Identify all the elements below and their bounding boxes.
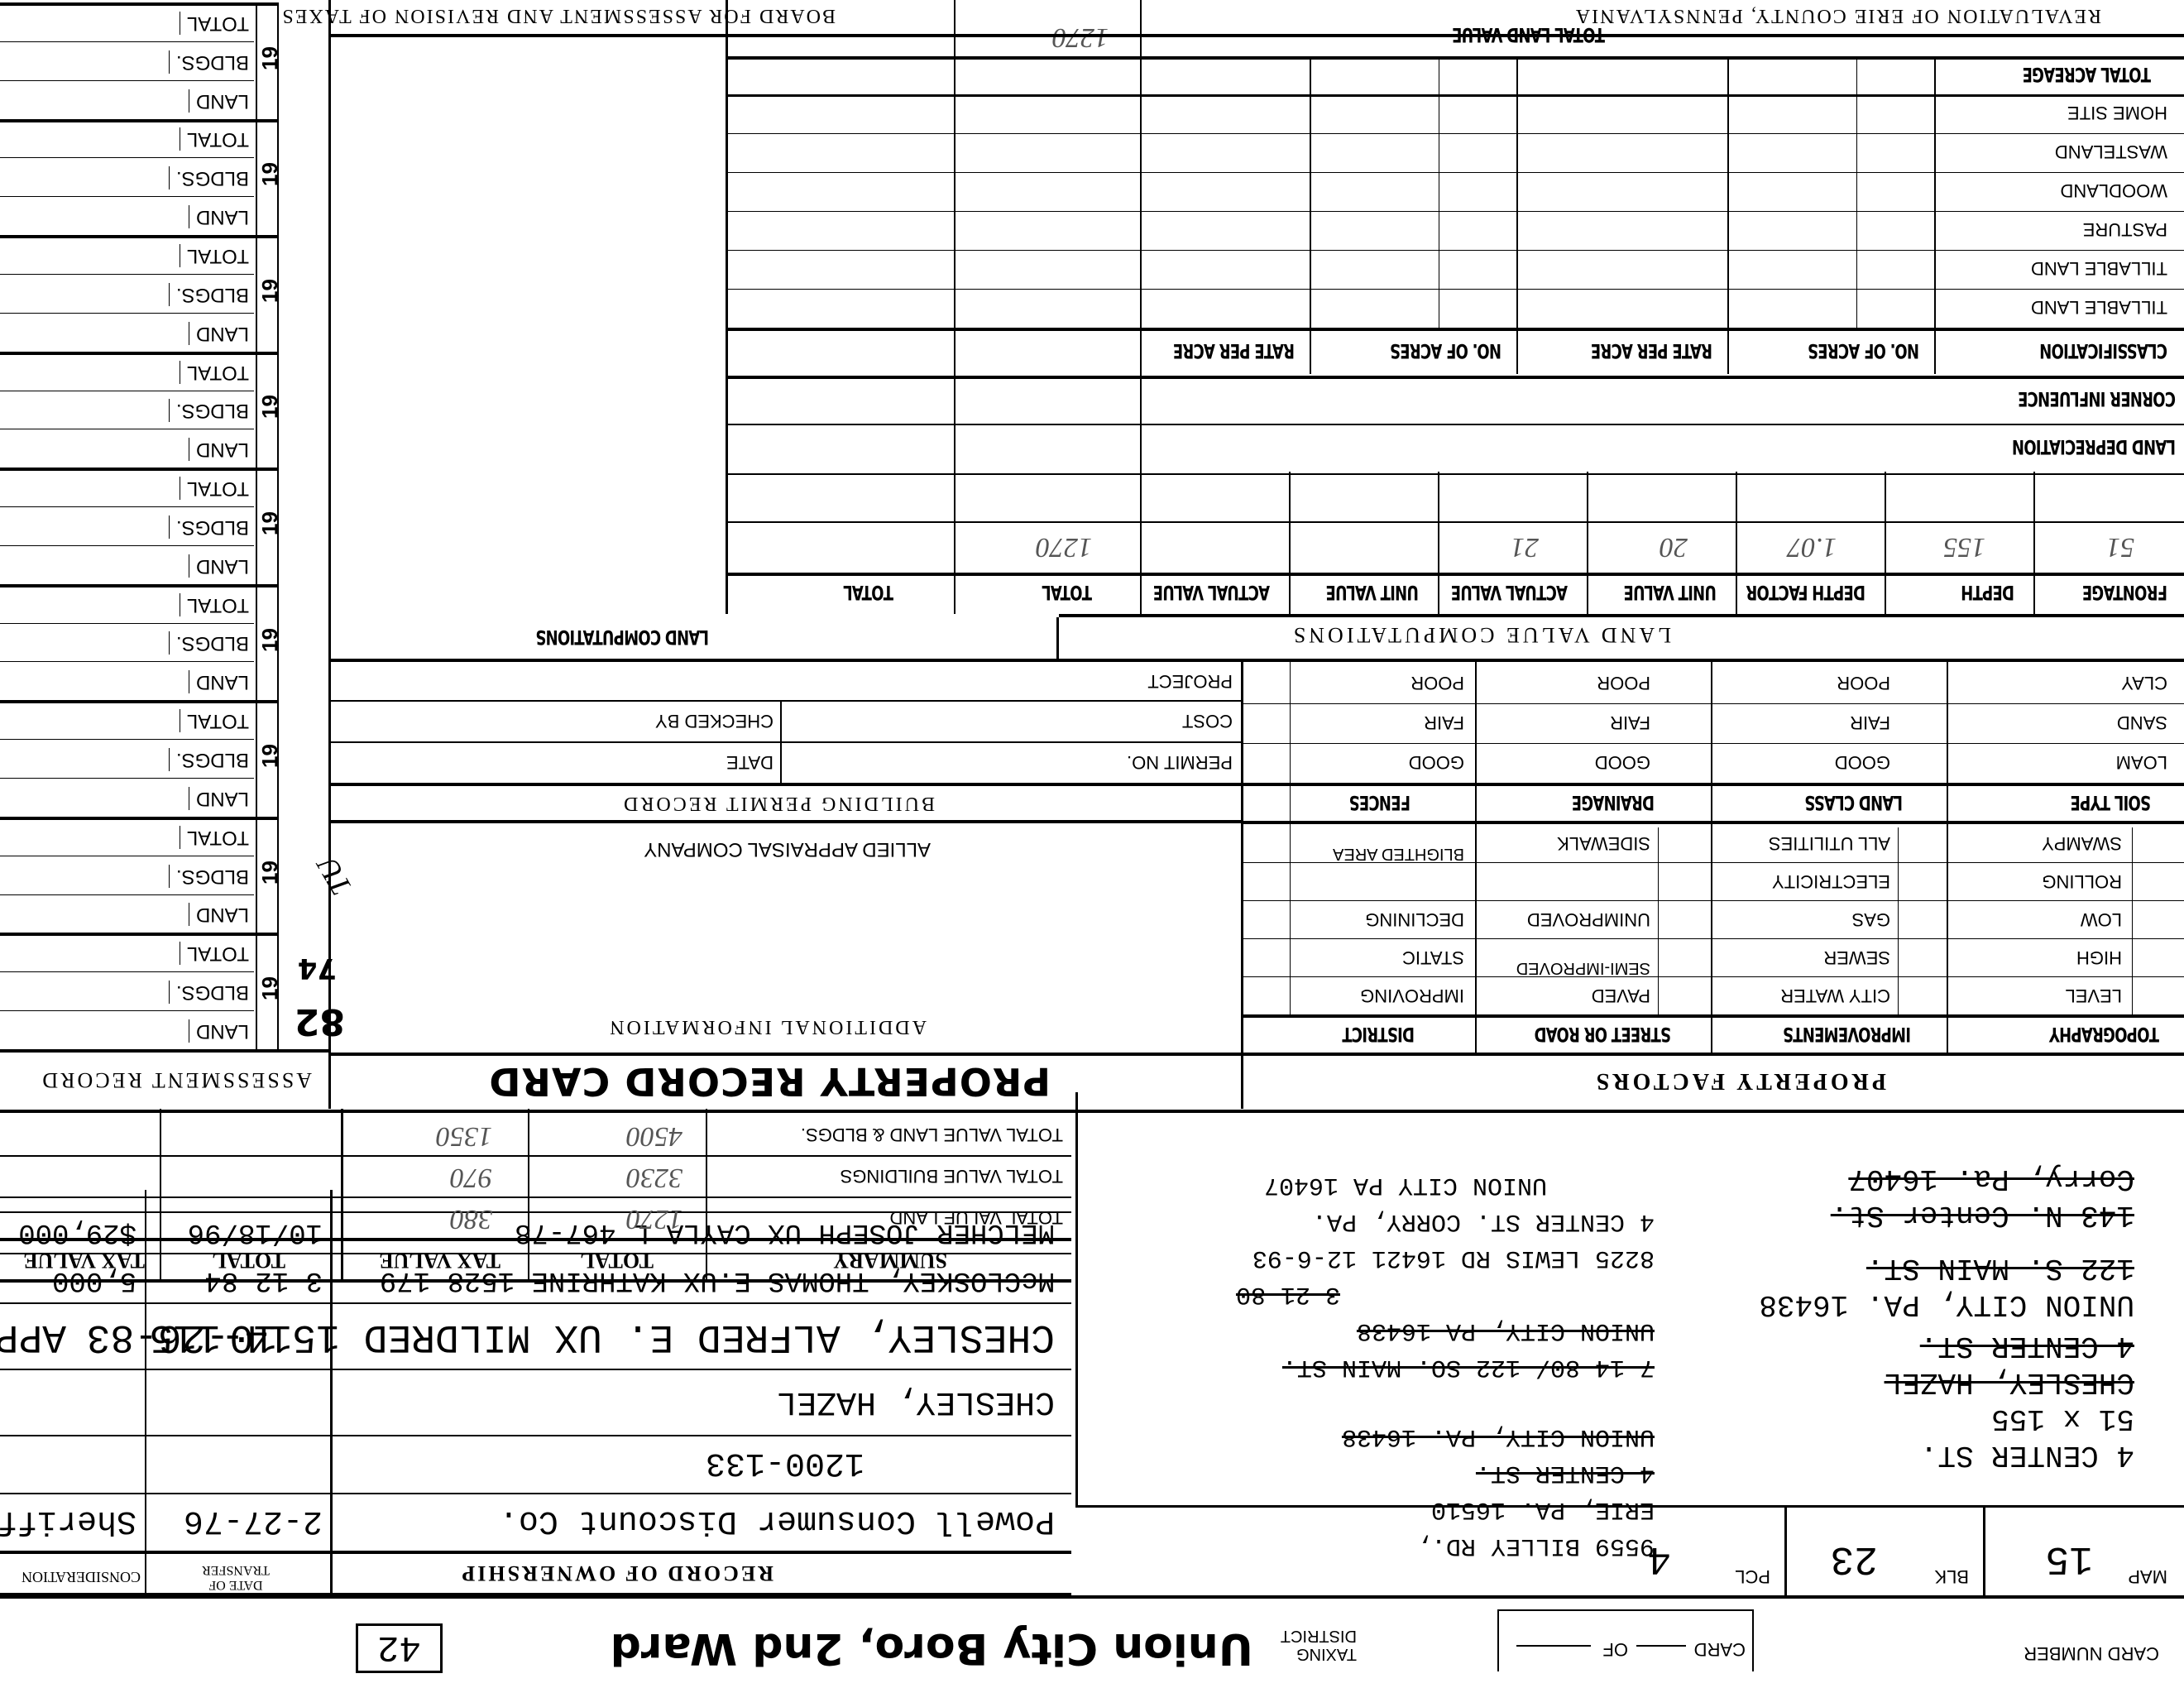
land-value-header-row: FRONTAGE DEPTH DEPTH FACTOR UNIT VALUE A… bbox=[728, 573, 2184, 614]
address-column-right: 9559 BILLEY RD., ERIE, PA. 16510 4 CENTE… bbox=[1236, 1167, 1655, 1564]
col-no-of-acres: NO. OF ACRES bbox=[1808, 339, 1919, 362]
assessment-row-label: TOTAL bbox=[180, 244, 249, 267]
assessment-row[interactable]: LAND bbox=[0, 545, 254, 584]
corner-influence-label: CORNER INFLUENCE bbox=[2019, 387, 2176, 410]
assessment-row-label: LAND bbox=[189, 1019, 249, 1043]
corner-influence-row: CORNER INFLUENCE bbox=[728, 376, 2184, 424]
date-of-transfer-header: DATE OF TRANSFER bbox=[145, 1562, 327, 1592]
district-header: DISTRICT bbox=[1343, 1023, 1415, 1046]
col-actual-value: ACTUAL VALUE bbox=[1451, 581, 1568, 604]
depth-value[interactable]: 155 bbox=[1943, 531, 1985, 563]
drainage-poor[interactable]: POOR bbox=[1597, 672, 1650, 693]
classification-row: HOME SITE bbox=[728, 94, 2184, 133]
consideration: Sheriff bbox=[0, 1502, 136, 1539]
address-line: UNION CITY, PA 16438 bbox=[1236, 1312, 1655, 1349]
frontage-value[interactable]: 51 bbox=[2106, 531, 2134, 563]
ownership-title: RECORD OF OWNERSHIP bbox=[459, 1561, 773, 1585]
assessment-year-block: 19LANDBLDGS.TOTAL bbox=[0, 2, 279, 119]
assessment-row-label: LAND bbox=[189, 438, 249, 461]
footer-board: BOARD FOR ASSESSMENT AND REVISION OF TAX… bbox=[280, 4, 836, 26]
soil-row: LOAM GOOD GOOD GOOD bbox=[1241, 743, 2184, 783]
year-prefix: 19 bbox=[256, 817, 279, 933]
assessment-row[interactable]: LAND bbox=[0, 313, 254, 352]
fences-header: FENCES bbox=[1349, 791, 1410, 814]
assessment-row[interactable]: LAND bbox=[0, 429, 254, 468]
assessment-row[interactable]: BLDGS. bbox=[0, 274, 254, 313]
transfer-label: TRANSFER bbox=[145, 1562, 327, 1577]
summary-total-header: TOTAL bbox=[580, 1248, 654, 1273]
summary-row-label: TOTAL VALUE LAND bbox=[890, 1206, 1063, 1228]
assessment-row[interactable]: TOTAL bbox=[0, 119, 254, 158]
district-label: DISTRICT bbox=[1281, 1627, 1357, 1645]
summary-row: TOTAL VALUE LAND 1270 380 bbox=[0, 1196, 1071, 1238]
assessment-record: ASSESSMENT RECORD 82 74 TU 19LANDBLDGS.T… bbox=[0, 0, 331, 1109]
summary-row: TOTAL VALUE BUILDINGS 3230 970 bbox=[0, 1155, 1071, 1196]
card-number-field[interactable] bbox=[1636, 1645, 1686, 1647]
classification-label: CLASSIFICATION bbox=[2040, 339, 2167, 362]
ownership-row: 1200-133 bbox=[0, 1435, 1071, 1493]
property-factors: PROPERTY FACTORS TOPOGRAPHY IMPROVEMENTS… bbox=[1241, 662, 2184, 1109]
topography-header: TOPOGRAPHY bbox=[2050, 1023, 2159, 1046]
improvements-header: IMPROVEMENTS bbox=[1784, 1023, 1911, 1046]
address-line: ERIE, PA. 16510 bbox=[1236, 1491, 1655, 1527]
land-value-computations-title: LAND VALUE COMPUTATIONS bbox=[1291, 622, 1671, 647]
assessment-record-title: ASSESSMENT RECORD bbox=[40, 1067, 312, 1092]
map-value: 15 bbox=[2045, 1536, 2093, 1580]
owner-name: Powell Consumer Discount Co. bbox=[499, 1502, 1055, 1539]
assessment-row[interactable]: TOTAL bbox=[0, 352, 254, 391]
assessment-row[interactable]: LAND bbox=[0, 196, 254, 235]
col-actual-value-2: ACTUAL VALUE bbox=[1153, 581, 1270, 604]
soil-clay[interactable]: CLAY bbox=[2121, 672, 2167, 693]
summary-tax-value: 380 bbox=[450, 1203, 492, 1235]
factor-gas[interactable]: GAS bbox=[1852, 909, 1890, 930]
year-prefix: 19 bbox=[256, 584, 279, 701]
summary-tax-value-header-2: TAX VALUE bbox=[23, 1248, 145, 1273]
address-line: 3-21-80 bbox=[1236, 1276, 1340, 1312]
classification-row: WASTELAND bbox=[728, 133, 2184, 172]
factor-sidewalk[interactable]: SIDEWALK bbox=[1557, 832, 1650, 854]
ownership-row: CHESLEY, ALFRED E. UX MILDRED 1514-115 1… bbox=[0, 1302, 1071, 1369]
factor-row: SWAMPY ALL UTILITIES SIDEWALK BLIGHTED A… bbox=[1241, 824, 2184, 862]
assessment-year-block: 19LANDBLDGS.TOTAL bbox=[0, 119, 279, 236]
drainage-header: DRAINAGE bbox=[1572, 791, 1655, 814]
assessment-row-label: BLDGS. bbox=[169, 516, 249, 539]
assessment-row[interactable]: LAND bbox=[0, 778, 254, 817]
assessment-row-label: BLDGS. bbox=[169, 399, 249, 422]
classification-row: PASTURE bbox=[728, 211, 2184, 250]
actual-value[interactable]: 21 bbox=[1511, 531, 1539, 563]
land-value-section: LAND VALUE COMPUTATIONS LAND COMPUTATION… bbox=[331, 0, 2184, 659]
building-permit-title: BUILDING PERMIT RECORD bbox=[621, 792, 935, 814]
card-of-box: CARD OF bbox=[1497, 1609, 1754, 1671]
assessment-year-block: 19LANDBLDGS.TOTAL bbox=[0, 352, 279, 468]
land-depreciation-label: LAND DEPRECIATION bbox=[2013, 435, 2176, 458]
address-line: 9559 BILLEY RD., bbox=[1236, 1527, 1655, 1564]
col-depth-factor: DEPTH FACTOR bbox=[1746, 581, 1865, 604]
land-depreciation-row: LAND DEPRECIATION bbox=[728, 424, 2184, 472]
address-line: 4 CENTER ST. bbox=[1759, 1327, 2134, 1364]
factor-sewer[interactable]: SEWER bbox=[1823, 947, 1890, 968]
col-total-2: TOTAL bbox=[844, 581, 893, 604]
year-prefix: 19 bbox=[256, 235, 279, 352]
col-unit-value-2: UNIT VALUE bbox=[1326, 581, 1419, 604]
address-line: 143 N. Center St. bbox=[1759, 1196, 2134, 1233]
permit-date-label: DATE bbox=[726, 751, 773, 773]
address-line: 4 CENTER ST. CORRY, PA. bbox=[1236, 1203, 1655, 1240]
handwritten-note-74: 74 bbox=[298, 952, 337, 985]
address-line: Corry, Pa. 16407 bbox=[1759, 1160, 2134, 1196]
year-prefix: 19 bbox=[256, 119, 279, 236]
assessment-row-label: BLDGS. bbox=[169, 283, 249, 306]
total-land-value-amount[interactable]: 1270 bbox=[1052, 22, 1109, 53]
summary-tax-value-header: TAX VALUE bbox=[379, 1248, 500, 1273]
assessment-year-block: 19LANDBLDGS.TOTAL bbox=[0, 235, 279, 352]
assessment-row[interactable]: TOTAL bbox=[0, 468, 254, 506]
additional-info-title: ADDITIONAL INFORMATION bbox=[607, 1015, 927, 1038]
factor-electricity[interactable]: ELECTRICITY bbox=[1772, 870, 1890, 892]
assessment-row[interactable]: LAND bbox=[0, 662, 254, 701]
factor-city-water[interactable]: CITY WATER bbox=[1780, 985, 1890, 1006]
summary-tax-value: 970 bbox=[450, 1162, 492, 1193]
summary-row-label: TOTAL VALUE LAND & BLDGS. bbox=[801, 1124, 1063, 1145]
assessment-year-block: 19LANDBLDGS.TOTAL bbox=[0, 817, 279, 933]
assessment-row-label: LAND bbox=[189, 322, 249, 345]
summary-total: 1270 bbox=[626, 1203, 682, 1235]
assessment-row[interactable]: TOTAL bbox=[0, 2, 254, 41]
allied-appraisal-company: ALLIED APPRAISAL COMPANY bbox=[644, 837, 931, 861]
factor-row: LEVEL CITY WATER PAVED IMPROVING bbox=[1241, 976, 2184, 1014]
class-home-site: HOME SITE bbox=[2067, 102, 2167, 123]
assessment-row[interactable]: BLDGS. bbox=[0, 391, 254, 429]
assessment-row[interactable]: TOTAL bbox=[0, 235, 254, 274]
assessment-row[interactable]: TOTAL bbox=[0, 933, 254, 971]
land-class-fair[interactable]: FAIR bbox=[1850, 712, 1890, 733]
taxing-district-label: TAXING DISTRICT bbox=[1281, 1627, 1357, 1663]
class-pasture: PASTURE bbox=[2083, 218, 2167, 240]
classification-header-row: CLASSIFICATION NO. OF ACRES RATE PER ACR… bbox=[728, 328, 2184, 374]
assessment-row-label: TOTAL bbox=[180, 477, 249, 500]
depth-factor-value[interactable]: 1.07 bbox=[1788, 531, 1837, 563]
assessment-row-label: TOTAL bbox=[180, 593, 249, 616]
assessment-year-block: 19LANDBLDGS.TOTAL bbox=[0, 468, 279, 584]
year-prefix: 19 bbox=[256, 700, 279, 817]
permit-project-label: PROJECT bbox=[1147, 670, 1233, 692]
soil-type-header: SOIL TYPE bbox=[2071, 791, 2151, 814]
address-column-left: 4 CENTER ST. 51 x 155 CHESLEY, HAZEL 4 C… bbox=[1759, 1160, 2134, 1473]
land-computations-header: LAND COMPUTATIONS bbox=[331, 617, 1059, 659]
factor-static[interactable]: STATIC bbox=[1402, 947, 1464, 968]
col-unit-value: UNIT VALUE bbox=[1624, 581, 1717, 604]
address-line: 4 CENTER ST. bbox=[1759, 1436, 2134, 1473]
land-class-header: LAND CLASS bbox=[1805, 791, 1903, 814]
drainage-fair[interactable]: FAIR bbox=[1610, 712, 1650, 733]
factor-semi-improved[interactable]: SEMI-IMPROVED bbox=[1501, 960, 1650, 976]
unit-value[interactable]: 20 bbox=[1660, 531, 1688, 563]
permit-row: COST CHECKED BY bbox=[331, 700, 1241, 741]
factor-paved[interactable]: PAVED bbox=[1592, 985, 1650, 1006]
permit-checked-by-label: CHECKED BY bbox=[655, 710, 773, 731]
address-area: 4 CENTER ST. 51 x 155 CHESLEY, HAZEL 4 C… bbox=[1075, 1092, 2184, 1506]
assessment-row[interactable]: BLDGS. bbox=[0, 506, 254, 545]
total-value[interactable]: 1270 bbox=[1036, 531, 1092, 563]
land-value-row bbox=[728, 473, 2184, 521]
assessment-row-label: BLDGS. bbox=[169, 166, 249, 189]
footer-revaluation: REVALUATION OF ERIE COUNTY, PENNSYLVANIA bbox=[1574, 4, 2101, 26]
card-label: CARD bbox=[1694, 1638, 1746, 1660]
assessment-year-block: 19LANDBLDGS.TOTAL bbox=[0, 584, 279, 701]
soil-row: CLAY POOR POOR POOR bbox=[1241, 664, 2184, 703]
factor-row: LOW GAS UNIMPROVED DECLINING bbox=[1241, 900, 2184, 938]
assessment-year-blocks: 19LANDBLDGS.TOTAL19LANDBLDGS.TOTAL19LAND… bbox=[0, 2, 279, 1049]
assessment-row-label: BLDGS. bbox=[169, 748, 249, 771]
class-tillable-land: TILLABLE LAND bbox=[2031, 296, 2167, 318]
ownership-row: CHESLEY, HAZEL bbox=[0, 1369, 1071, 1435]
summary-total: 4500 bbox=[626, 1120, 682, 1152]
address-line: UNION CITY, PA. 16438 bbox=[1236, 1418, 1655, 1455]
card-total-field[interactable] bbox=[1516, 1645, 1591, 1647]
land-value-row: 51 155 1.07 20 21 1270 bbox=[728, 521, 2184, 569]
permit-row: PERMIT NO. DATE bbox=[331, 741, 1241, 783]
assessment-row-label: BLDGS. bbox=[169, 981, 249, 1004]
soil-sand[interactable]: SAND bbox=[2117, 712, 2167, 733]
address-line: 122 S. MAIN ST. bbox=[1759, 1249, 2134, 1286]
assessment-row-label: LAND bbox=[189, 554, 249, 578]
assessment-row-label: LAND bbox=[189, 89, 249, 113]
blk-value: 23 bbox=[1830, 1536, 1878, 1580]
assessment-row[interactable]: LAND bbox=[0, 894, 254, 933]
assessment-year-block: 19LANDBLDGS.TOTAL bbox=[0, 933, 279, 1049]
assessment-row[interactable]: BLDGS. bbox=[0, 971, 254, 1010]
summary-table: SUMMARY TOTAL TAX VALUE TOTAL TAX VALUE … bbox=[0, 1109, 1071, 1283]
property-record-card: CARD NUMBER CARD OF TAXING DISTRICT Unio… bbox=[0, 0, 2184, 1688]
year-prefix: 19 bbox=[256, 2, 279, 119]
assessment-row-label: LAND bbox=[189, 787, 249, 810]
total-acreage-label: TOTAL ACREAGE bbox=[2023, 63, 2151, 86]
assessment-row[interactable]: BLDGS. bbox=[0, 41, 254, 80]
total-acreage-row: TOTAL ACREAGE bbox=[728, 56, 2184, 94]
permit-no-label: PERMIT NO. bbox=[1127, 751, 1233, 773]
col-total: TOTAL bbox=[1042, 581, 1092, 604]
fences-good[interactable]: GOOD bbox=[1409, 751, 1464, 773]
permit-cost-label: COST bbox=[1182, 710, 1233, 731]
col-frontage: FRONTAGE bbox=[2083, 581, 2167, 604]
of-label: OF bbox=[1602, 1638, 1628, 1660]
col-rate-per-acre: RATE PER ACRE bbox=[1592, 339, 1712, 362]
consideration: APP. bbox=[0, 1314, 66, 1359]
taxing-district-value: Union City Boro, 2nd Ward bbox=[611, 1623, 1253, 1673]
assessment-row-label: BLDGS. bbox=[169, 865, 249, 888]
soil-row: SAND FAIR FAIR FAIR bbox=[1241, 703, 2184, 743]
transfer-date: 2-27-76 bbox=[184, 1502, 323, 1539]
assessment-row-label: BLDGS. bbox=[169, 632, 249, 655]
classification-row: TILLABLE LAND bbox=[728, 250, 2184, 289]
assessment-row-label: LAND bbox=[189, 670, 249, 693]
year-prefix: 19 bbox=[256, 933, 279, 1049]
class-woodland: WOODLAND bbox=[2060, 180, 2167, 201]
property-record-card-title: PROPERTY RECORD CARD bbox=[488, 1059, 1051, 1104]
summary-tax-value: 1350 bbox=[436, 1120, 492, 1152]
assessment-row[interactable]: BLDGS. bbox=[0, 739, 254, 778]
class-wasteland: WASTELAND bbox=[2055, 141, 2167, 162]
summary-total: 3230 bbox=[626, 1162, 682, 1193]
classification-row: WOODLAND bbox=[728, 172, 2184, 211]
assessment-year-block: 19LANDBLDGS.TOTAL bbox=[0, 700, 279, 817]
handwritten-year: 82 bbox=[295, 1000, 345, 1043]
assessment-row-label: TOTAL bbox=[180, 127, 249, 151]
assessment-row-label: TOTAL bbox=[180, 709, 249, 732]
ownership-row: Powell Consumer Discount Co. 2-27-76 She… bbox=[0, 1493, 1071, 1551]
col-no-of-acres-2: NO. OF ACRES bbox=[1391, 339, 1501, 362]
factor-improving[interactable]: IMPROVING bbox=[1360, 985, 1464, 1006]
land-computations-label: LAND COMPUTATIONS bbox=[536, 626, 709, 649]
box-number: 42 bbox=[356, 1623, 443, 1673]
factor-blighted-area[interactable]: BLIGHTED AREA bbox=[1324, 846, 1464, 862]
assessment-row-label: TOTAL bbox=[180, 361, 249, 384]
class-tillable-land-2: TILLABLE LAND bbox=[2031, 257, 2167, 279]
pcl-label: PCL bbox=[1735, 1566, 1770, 1587]
year-prefix: 19 bbox=[256, 352, 279, 468]
year-prefix: 19 bbox=[256, 468, 279, 584]
factor-unimproved[interactable]: UNIMPROVED bbox=[1527, 909, 1650, 930]
address-line: 7-14-80/ 122 SO. MAIN ST. bbox=[1236, 1349, 1655, 1385]
assessment-row[interactable]: LAND bbox=[0, 80, 254, 119]
consideration-header: CONSIDERATION bbox=[22, 1568, 141, 1585]
assessment-row[interactable]: LAND bbox=[0, 1010, 254, 1049]
address-line: UNION CITY, PA. 16438 bbox=[1759, 1286, 2134, 1322]
land-class-good[interactable]: GOOD bbox=[1835, 751, 1890, 773]
assessment-row[interactable]: BLDGS. bbox=[0, 157, 254, 196]
assessment-row[interactable]: TOTAL bbox=[0, 584, 254, 623]
factor-rolling[interactable]: ROLLING bbox=[2042, 870, 2122, 892]
factor-row: ROLLING ELECTRICITY bbox=[1241, 862, 2184, 900]
assessment-row-label: TOTAL bbox=[180, 12, 249, 35]
classification-row: TILLABLE LAND bbox=[728, 289, 2184, 328]
col-depth: DEPTH bbox=[1961, 581, 2014, 604]
address-line: CHESLEY, HAZEL bbox=[1759, 1364, 2134, 1400]
summary-row-label: TOTAL VALUE BUILDINGS bbox=[841, 1165, 1063, 1187]
taxing-label: TAXING bbox=[1281, 1645, 1357, 1663]
assessment-row-label: LAND bbox=[189, 903, 249, 926]
factor-high[interactable]: HIGH bbox=[2076, 947, 2122, 968]
soil-loam[interactable]: LOAM bbox=[2116, 751, 2167, 773]
blk-label: BLK bbox=[1934, 1566, 1969, 1587]
map-label: MAP bbox=[2128, 1566, 2167, 1587]
factor-declining[interactable]: DECLINING bbox=[1365, 909, 1464, 930]
assessment-row[interactable]: TOTAL bbox=[0, 817, 254, 856]
fences-fair[interactable]: FAIR bbox=[1424, 712, 1464, 733]
address-line: 8225 LEWIS RD 16421 12-6-93 bbox=[1236, 1240, 1655, 1276]
address-line: 51 x 155 bbox=[1759, 1400, 2134, 1436]
col-rate-per-acre-2: RATE PER ACRE bbox=[1174, 339, 1295, 362]
street-or-road-header: STREET OR ROAD bbox=[1535, 1023, 1671, 1046]
assessment-row[interactable]: TOTAL bbox=[0, 700, 254, 739]
permit-row: PROJECT bbox=[331, 662, 1241, 700]
property-factors-title: PROPERTY FACTORS bbox=[1593, 1067, 1886, 1094]
factor-low[interactable]: LOW bbox=[2081, 909, 2122, 930]
owner-name: CHESLEY, HAZEL bbox=[777, 1383, 1055, 1420]
property-record-card-title-bar: PROPERTY RECORD CARD bbox=[331, 1053, 1241, 1109]
assessment-row-label: TOTAL bbox=[180, 826, 249, 849]
factor-swampy[interactable]: SWAMPY bbox=[2042, 832, 2122, 854]
address-line: UNION CITY PA 16407 bbox=[1236, 1167, 1547, 1203]
address-line: 4 CENTER ST. bbox=[1236, 1455, 1655, 1491]
card-number-label: CARD NUMBER bbox=[2024, 1643, 2159, 1663]
transfer-date: 10-26-83 bbox=[87, 1314, 277, 1359]
owner-name: CHESLEY, ALFRED E. UX MILDRED 1514-115 bbox=[149, 1314, 1055, 1359]
land-class-poor[interactable]: POOR bbox=[1837, 672, 1890, 693]
fences-poor[interactable]: POOR bbox=[1410, 672, 1464, 693]
drainage-good[interactable]: GOOD bbox=[1595, 751, 1650, 773]
owner-name: 1200-133 bbox=[706, 1444, 864, 1481]
date-of-label: DATE OF bbox=[145, 1577, 327, 1592]
assessment-row[interactable]: BLDGS. bbox=[0, 856, 254, 894]
assessment-row-label: TOTAL bbox=[180, 942, 249, 965]
summary-title: SUMMARY bbox=[833, 1248, 947, 1273]
summary-total-header-2: TOTAL bbox=[212, 1248, 285, 1273]
factor-level[interactable]: LEVEL bbox=[2066, 985, 2123, 1006]
summary-row: TOTAL VALUE LAND & BLDGS. 4500 1350 bbox=[0, 1114, 1071, 1155]
factor-row: HIGH SEWER SEMI-IMPROVED STATIC bbox=[1241, 938, 2184, 976]
assessment-row-label: LAND bbox=[189, 205, 249, 228]
assessment-row-label: BLDGS. bbox=[169, 50, 249, 74]
factor-all-utilities[interactable]: ALL UTILITIES bbox=[1769, 832, 1890, 854]
record-card-middle: PROPERTY RECORD CARD ADDITIONAL INFORMAT… bbox=[331, 662, 1241, 1109]
assessment-row[interactable]: BLDGS. bbox=[0, 623, 254, 662]
card-number-label-text: CARD NUMBER bbox=[2024, 1643, 2159, 1663]
